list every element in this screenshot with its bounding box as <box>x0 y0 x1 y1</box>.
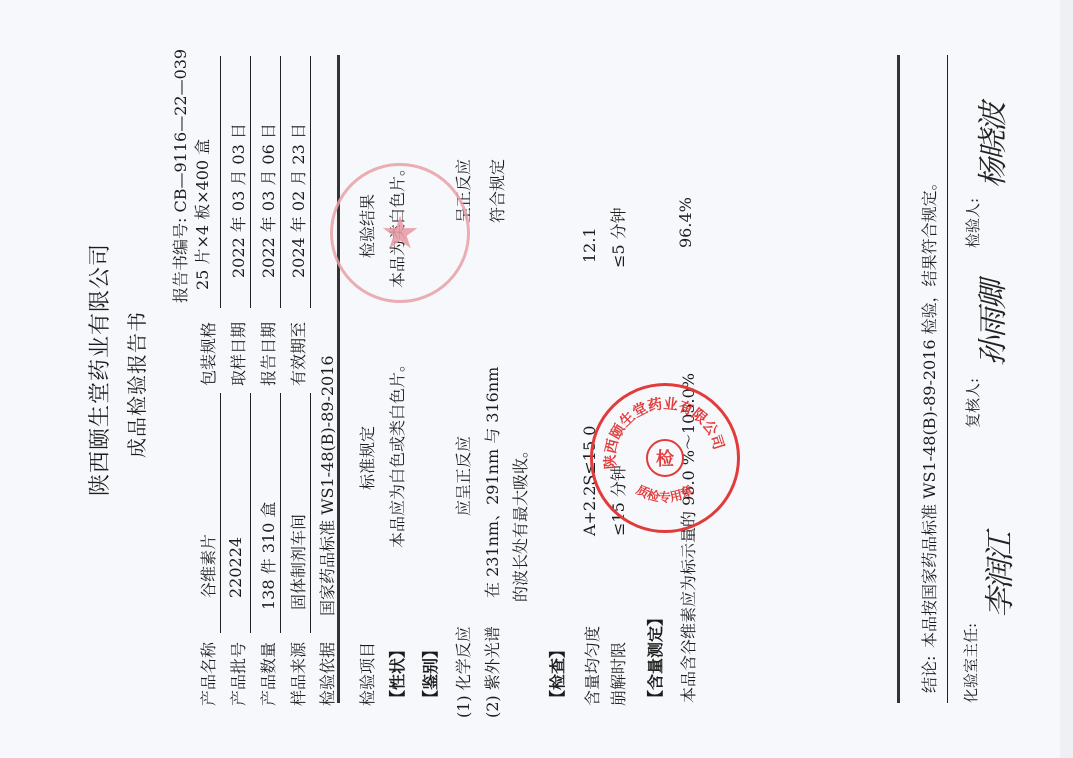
reviewer-signature: 孙雨卿 <box>968 282 1012 366</box>
report-number: 报告书编号: CB—9116—22—039 <box>168 49 191 303</box>
underline <box>310 393 311 633</box>
director-label: 化验室主任: <box>960 623 981 703</box>
label-batch-no: 产品批号 <box>226 642 249 706</box>
row-chemical-standard: 应呈正反应 <box>451 436 474 516</box>
row-uv-standard: 在 231nm、291nm 与 316nm <box>480 367 503 598</box>
row-checks-item: 【检查】 <box>545 642 568 706</box>
row-disintegration-item: 崩解时限 <box>606 642 629 706</box>
label-package-spec: 包装规格 <box>196 322 219 386</box>
underline <box>280 56 281 308</box>
label-sampling-date: 取样日期 <box>226 322 249 386</box>
row-uv-item: (2) 紫外光谱 <box>480 626 503 718</box>
underline <box>310 56 311 308</box>
row-assay-result: 96.4% <box>676 197 695 248</box>
value-sample-source: 固体制剂车间 <box>286 514 309 610</box>
row-identification-item: 【鉴别】 <box>418 642 441 706</box>
report-title: 成品检验报告书 <box>121 311 150 458</box>
row-uniformity-result: 12.1 <box>580 227 599 263</box>
inspector-label: 检验人: <box>962 198 983 248</box>
value-sampling-date: 2022 年 03 月 03 日 <box>226 123 249 278</box>
qc-stamp: 陕西颐生堂药业有限公司 质检专用章 检 <box>590 383 740 533</box>
director-signature: 李润江 <box>975 534 1019 618</box>
label-sample-source: 样品来源 <box>286 642 309 706</box>
row-disintegration-result: ≤5 分钟 <box>606 207 629 268</box>
inspector-signature: 杨晓波 <box>968 104 1012 188</box>
report-number-value: CB—9116—22—039 <box>171 49 190 213</box>
label-expiry-date: 有效期至 <box>286 322 309 386</box>
header-standard: 标准规定 <box>355 426 378 490</box>
inspection-report-page: 陕西颐生堂药业有限公司 成品检验报告书 报告书编号: CB—9116—22—03… <box>0 0 1073 758</box>
label-basis: 检验依据 <box>315 642 338 706</box>
star-icon: ★ <box>382 210 418 257</box>
conclusion-text: 本品按国家药品标准 WS1-48(B)-89-2016 检验，结果符合规定。 <box>917 174 940 648</box>
row-appearance-item: 【性状】 <box>385 642 408 706</box>
report-number-label: 报告书编号: <box>171 218 190 303</box>
faded-hospital-stamp: ★ <box>330 163 470 303</box>
value-expiry-date: 2024 年 02 月 23 日 <box>286 123 309 278</box>
header-item: 检验项目 <box>355 642 378 706</box>
value-product-name: 谷维素片 <box>196 534 219 598</box>
row-uv-result: 符合规定 <box>485 159 508 223</box>
underline <box>250 56 251 308</box>
row-uniformity-item: 含量均匀度 <box>580 626 603 706</box>
value-batch-no: 220224 <box>226 537 245 598</box>
label-report-date: 报告日期 <box>256 322 279 386</box>
company-name: 陕西颐生堂药业有限公司 <box>83 243 114 496</box>
label-product-name: 产品名称 <box>196 642 219 706</box>
value-basis: 国家药品标准 WS1-48(B)-89-2016 <box>315 355 338 616</box>
svg-text:质检专用章: 质检专用章 <box>634 482 696 505</box>
table-bottom-border <box>897 55 900 703</box>
table-top-border <box>337 55 340 703</box>
row-uv-standard-cont: 的波长处有最大吸收。 <box>508 442 531 602</box>
row-chemical-item: (1) 化学反应 <box>451 626 474 718</box>
underline <box>220 56 221 308</box>
stamp-center-glyph: 检 <box>646 439 684 477</box>
conclusion-bottom-line <box>947 55 948 703</box>
underline <box>280 393 281 633</box>
value-quantity: 138 件 310 盒 <box>256 502 279 610</box>
underline <box>220 393 221 633</box>
row-appearance-standard: 本品应为白色或类白色片。 <box>385 356 408 548</box>
value-report-date: 2022 年 03 月 06 日 <box>256 123 279 278</box>
reviewer-label: 复核人: <box>962 378 983 428</box>
label-quantity: 产品数量 <box>256 642 279 706</box>
underline <box>250 393 251 633</box>
row-assay-item: 【含量测定】 <box>643 610 666 706</box>
conclusion-label: 结论: <box>917 656 940 693</box>
value-package-spec: 25 片×4 板×400 盒 <box>190 139 213 290</box>
